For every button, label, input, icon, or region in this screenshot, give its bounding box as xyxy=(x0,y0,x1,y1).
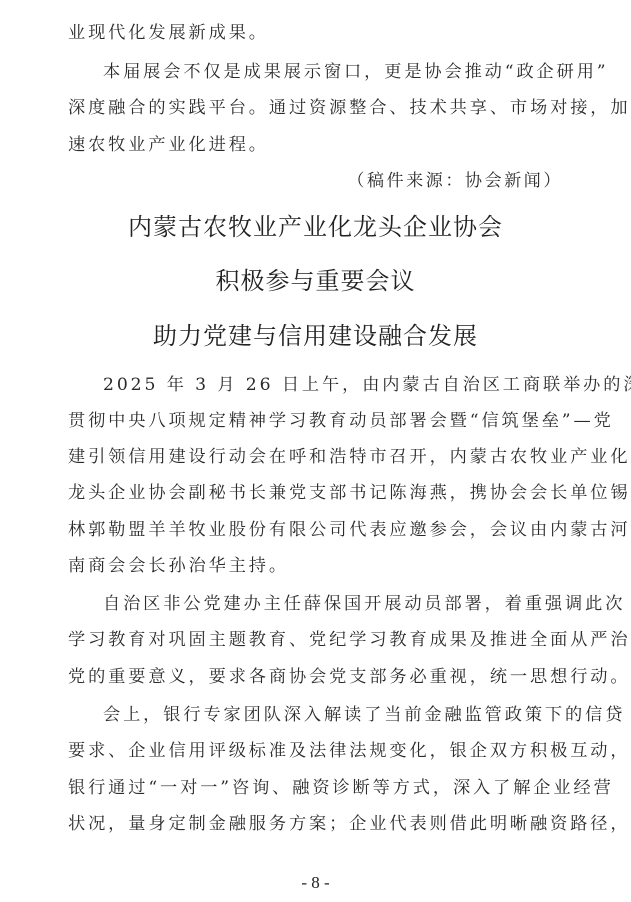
page-number: - 8 - xyxy=(0,872,631,894)
paragraph-line: 学习教育对巩固主题教育、党纪学习教育成果及推进全面从严治 xyxy=(68,629,563,651)
paragraph-line: 贯彻中央八项规定精神学习教育动员部署会暨“信筑堡垒”—党 xyxy=(68,410,563,432)
paragraph-line: 建引领信用建设行动会在呼和浩特市召开，内蒙古农牧业产业化 xyxy=(68,446,563,468)
paragraph-line: 党的重要意义，要求各商协会党支部务必重视，统一思想行动。 xyxy=(68,666,563,688)
paragraph-line: 会上，银行专家团队深入解读了当前金融监管政策下的信贷 xyxy=(103,704,563,726)
paragraph-line: 深度融合的实践平台。通过资源整合、技术共享、市场对接，加 xyxy=(68,97,563,119)
paragraph-line: 2025 年 3 月 26 日上午，由内蒙古自治区工商联举办的深入 xyxy=(103,374,563,396)
article-title-line-2: 积极参与重要会议 xyxy=(0,266,631,296)
paragraph-line: 南商会会长孙治华主持。 xyxy=(68,555,563,577)
paragraph-line: 本届展会不仅是成果展示窗口，更是协会推动“政企研用” xyxy=(103,61,563,83)
paragraph-line: 自治区非公党建办主任薛保国开展动员部署，着重强调此次 xyxy=(103,593,563,615)
continuation-line: 业现代化发展新成果。 xyxy=(68,22,563,44)
paragraph-line: 要求、企业信用评级标准及法律法规变化，银企双方积极互动， xyxy=(68,740,563,762)
article-title-line-3: 助力党建与信用建设融合发展 xyxy=(0,321,631,351)
paragraph-line: 银行通过“一对一”咨询、融资诊断等方式，深入了解企业经营 xyxy=(68,777,563,799)
paragraph-line: 龙头企业协会副秘书长兼党支部书记陈海燕，携协会会长单位锡 xyxy=(68,482,563,504)
paragraph-line: 速农牧业产业化进程。 xyxy=(68,134,563,156)
source-note: （稿件来源：协会新闻） xyxy=(347,170,563,192)
paragraph-line: 林郭勒盟羊羊牧业股份有限公司代表应邀参会，会议由内蒙古河 xyxy=(68,519,563,541)
paragraph-line: 状况，量身定制金融服务方案；企业代表则借此明晰融资路径， xyxy=(68,813,563,835)
article-title-line-1: 内蒙古农牧业产业化龙头企业协会 xyxy=(0,212,631,242)
